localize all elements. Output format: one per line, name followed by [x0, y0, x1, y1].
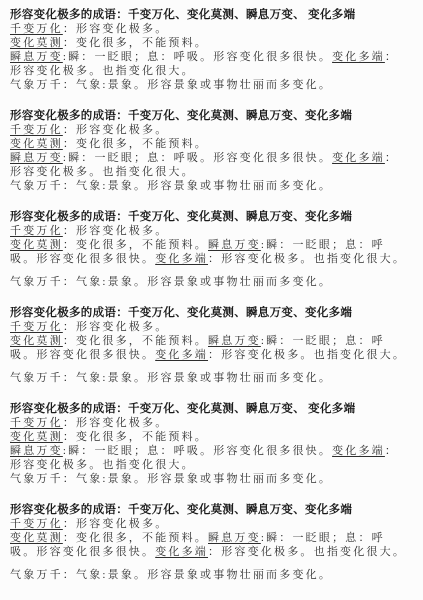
line-text: :瞬：一眨眼；息：呼 — [261, 532, 385, 544]
block-title: 形容变化极多的成语：千变万化、变化莫测、瞬息万变、变化多端 — [10, 109, 411, 123]
block-title: 形容变化极多的成语：千变万化、变化莫测、瞬息万变、变化多端 — [10, 503, 411, 517]
idiom-term: 变化多端 — [332, 51, 385, 63]
line-text: ： — [385, 445, 398, 457]
idiom-term: 瞬息万变 — [10, 51, 63, 63]
idiom-block: 形容变化极多的成语：千变万化、变化莫测、瞬息万变、变化多端千变万化：形容变化极多… — [10, 210, 411, 289]
text-line: 吸。形容变化很多很快。变化多端：形容变化极多。也指变化很大。 — [10, 252, 411, 266]
line-text: 气象万千：气象:景象。形容景象或事物壮丽而多变化。 — [10, 473, 332, 485]
idiom-term: 变化多端 — [155, 546, 208, 558]
text-line: 变化莫测：变化很多，不能预料。 — [10, 36, 411, 50]
line-text: 吸。形容变化很多很快。 — [10, 546, 155, 558]
text-line: 吸。形容变化很多很快。变化多端：形容变化极多。也指变化很大。 — [10, 545, 411, 559]
document-page: { "document": { "background": "#fcfcfc",… — [0, 0, 423, 600]
idiom-block: 形容变化极多的成语：千变万化、变化莫测、瞬息万变、变化多端千变万化：形容变化极多… — [10, 503, 411, 582]
line-text: ： — [385, 152, 398, 164]
line-text: ：变化很多，不能预料。 — [63, 239, 208, 251]
text-line: 气象万千：气象:景象。形容景象或事物壮丽而多变化。 — [10, 78, 411, 92]
text-line: 气象万千：气象:景象。形容景象或事物壮丽而多变化。 — [10, 371, 411, 385]
text-line: 形容变化极多。也指变化很大。 — [10, 165, 411, 179]
idiom-term: 瞬息万变 — [10, 152, 63, 164]
line-text: 形容变化极多。也指变化很大。 — [10, 65, 195, 77]
text-line: 瞬息万变:瞬：一眨眼；息：呼吸。形容变化很多很快。变化多端： — [10, 151, 411, 165]
line-text: ：形容变化极多。 — [63, 417, 169, 429]
idiom-term: 变化莫测 — [10, 239, 63, 251]
idiom-term: 变化多端 — [332, 152, 385, 164]
text-line: 变化莫测：变化很多，不能预料。瞬息万变:瞬：一眨眼；息：呼 — [10, 334, 411, 348]
block-title: 形容变化极多的成语：千变万化、变化莫测、瞬息万变、变化多端 — [10, 306, 411, 320]
line-text: ：变化很多，不能预料。 — [63, 532, 208, 544]
line-text: ：形容变化极多。 — [63, 518, 169, 530]
text-line: 千变万化：形容变化极多。 — [10, 416, 411, 430]
idiom-document: 形容变化极多的成语：千变万化、变化莫测、瞬息万变、 变化多端千变万化：形容变化极… — [0, 0, 423, 600]
line-text: 形容变化极多。也指变化很大。 — [10, 166, 195, 178]
line-text: ： — [385, 51, 398, 63]
text-line: 瞬息万变:瞬：一眨眼；息：呼吸。形容变化很多很快。变化多端： — [10, 444, 411, 458]
text-line: 瞬息万变:瞬：一眨眼；息：呼吸。形容变化很多很快。变化多端： — [10, 50, 411, 64]
text-line: 千变万化：形容变化极多。 — [10, 224, 411, 238]
idiom-term: 千变万化 — [10, 225, 63, 237]
line-text: 吸。形容变化很多很快。 — [10, 253, 155, 265]
block-title: 形容变化极多的成语：千变万化、变化莫测、瞬息万变、 变化多端 — [10, 8, 411, 22]
line-text: ：变化很多，不能预料。 — [63, 335, 208, 347]
idiom-term: 千变万化 — [10, 518, 63, 530]
line-text: ：形容变化极多。 — [63, 225, 169, 237]
idiom-term: 瞬息万变 — [10, 445, 63, 457]
idiom-term: 变化莫测 — [10, 335, 63, 347]
text-line: 气象万千：气象:景象。形容景象或事物壮丽而多变化。 — [10, 179, 411, 193]
text-line: 吸。形容变化很多很快。变化多端：形容变化极多。也指变化很大。 — [10, 348, 411, 362]
line-text: 气象万千：气象:景象。形容景象或事物壮丽而多变化。 — [10, 180, 332, 192]
line-text: 气象万千：气象:景象。形容景象或事物壮丽而多变化。 — [10, 79, 332, 91]
line-text: ：形容变化极多。也指变化很大。 — [208, 253, 406, 265]
line-text: 吸。形容变化很多很快。 — [10, 349, 155, 361]
idiom-block: 形容变化极多的成语：千变万化、变化莫测、瞬息万变、变化多端千变万化：形容变化极多… — [10, 109, 411, 193]
text-line: 气象万千：气象:景象。形容景象或事物壮丽而多变化。 — [10, 568, 411, 582]
line-text: :瞬：一眨眼；息：呼吸。形容变化很多很快。 — [63, 445, 332, 457]
idiom-block: 形容变化极多的成语：千变万化、变化莫测、瞬息万变、 变化多端千变万化：形容变化极… — [10, 8, 411, 92]
line-text: ：变化很多，不能预料。 — [63, 138, 208, 150]
block-title: 形容变化极多的成语：千变万化、变化莫测、瞬息万变、 变化多端 — [10, 402, 411, 416]
line-text: 形容变化极多。也指变化很大。 — [10, 459, 195, 471]
idiom-term: 变化莫测 — [10, 37, 63, 49]
line-text: ：形容变化极多。 — [63, 23, 169, 35]
idiom-term: 瞬息万变 — [208, 532, 261, 544]
line-text: ：形容变化极多。 — [63, 321, 169, 333]
line-text: ：形容变化极多。 — [63, 124, 169, 136]
idiom-term: 千变万化 — [10, 321, 63, 333]
text-line: 形容变化极多。也指变化很大。 — [10, 64, 411, 78]
text-line: 气象万千：气象:景象。形容景象或事物壮丽而多变化。 — [10, 275, 411, 289]
line-text: 气象万千：气象:景象。形容景象或事物壮丽而多变化。 — [10, 372, 332, 384]
text-line: 变化莫测：变化很多，不能预料。 — [10, 430, 411, 444]
text-line: 变化莫测：变化很多，不能预料。瞬息万变:瞬：一眨眼；息：呼 — [10, 238, 411, 252]
idiom-term: 变化多端 — [332, 445, 385, 457]
line-text: ：形容变化极多。也指变化很大。 — [208, 546, 406, 558]
text-line: 变化莫测：变化很多，不能预料。 — [10, 137, 411, 151]
idiom-term: 千变万化 — [10, 417, 63, 429]
idiom-block: 形容变化极多的成语：千变万化、变化莫测、瞬息万变、 变化多端千变万化：形容变化极… — [10, 402, 411, 486]
text-line: 变化莫测：变化很多，不能预料。瞬息万变:瞬：一眨眼；息：呼 — [10, 531, 411, 545]
line-text: :瞬：一眨眼；息：呼 — [261, 239, 385, 251]
idiom-term: 变化莫测 — [10, 431, 63, 443]
text-line: 气象万千：气象:景象。形容景象或事物壮丽而多变化。 — [10, 472, 411, 486]
text-line: 千变万化：形容变化极多。 — [10, 517, 411, 531]
line-text: 气象万千：气象:景象。形容景象或事物壮丽而多变化。 — [10, 276, 332, 288]
line-text: 气象万千：气象:景象。形容景象或事物壮丽而多变化。 — [10, 569, 332, 581]
idiom-term: 瞬息万变 — [208, 335, 261, 347]
text-line: 形容变化极多。也指变化很大。 — [10, 458, 411, 472]
line-text: ：变化很多，不能预料。 — [63, 431, 208, 443]
idiom-term: 变化莫测 — [10, 532, 63, 544]
line-text: ：形容变化极多。也指变化很大。 — [208, 349, 406, 361]
text-line: 千变万化：形容变化极多。 — [10, 123, 411, 137]
idiom-block: 形容变化极多的成语：千变万化、变化莫测、瞬息万变、变化多端千变万化：形容变化极多… — [10, 306, 411, 385]
block-title: 形容变化极多的成语：千变万化、变化莫测、瞬息万变、变化多端 — [10, 210, 411, 224]
idiom-term: 瞬息万变 — [208, 239, 261, 251]
idiom-term: 变化多端 — [155, 253, 208, 265]
text-line: 千变万化：形容变化极多。 — [10, 320, 411, 334]
idiom-term: 变化莫测 — [10, 138, 63, 150]
text-line: 千变万化：形容变化极多。 — [10, 22, 411, 36]
idiom-term: 变化多端 — [155, 349, 208, 361]
line-text: :瞬：一眨眼；息：呼吸。形容变化很多很快。 — [63, 152, 332, 164]
idiom-term: 千变万化 — [10, 23, 63, 35]
idiom-term: 千变万化 — [10, 124, 63, 136]
line-text: ：变化很多，不能预料。 — [63, 37, 208, 49]
line-text: :瞬：一眨眼；息：呼 — [261, 335, 385, 347]
line-text: :瞬：一眨眼；息：呼吸。形容变化很多很快。 — [63, 51, 332, 63]
